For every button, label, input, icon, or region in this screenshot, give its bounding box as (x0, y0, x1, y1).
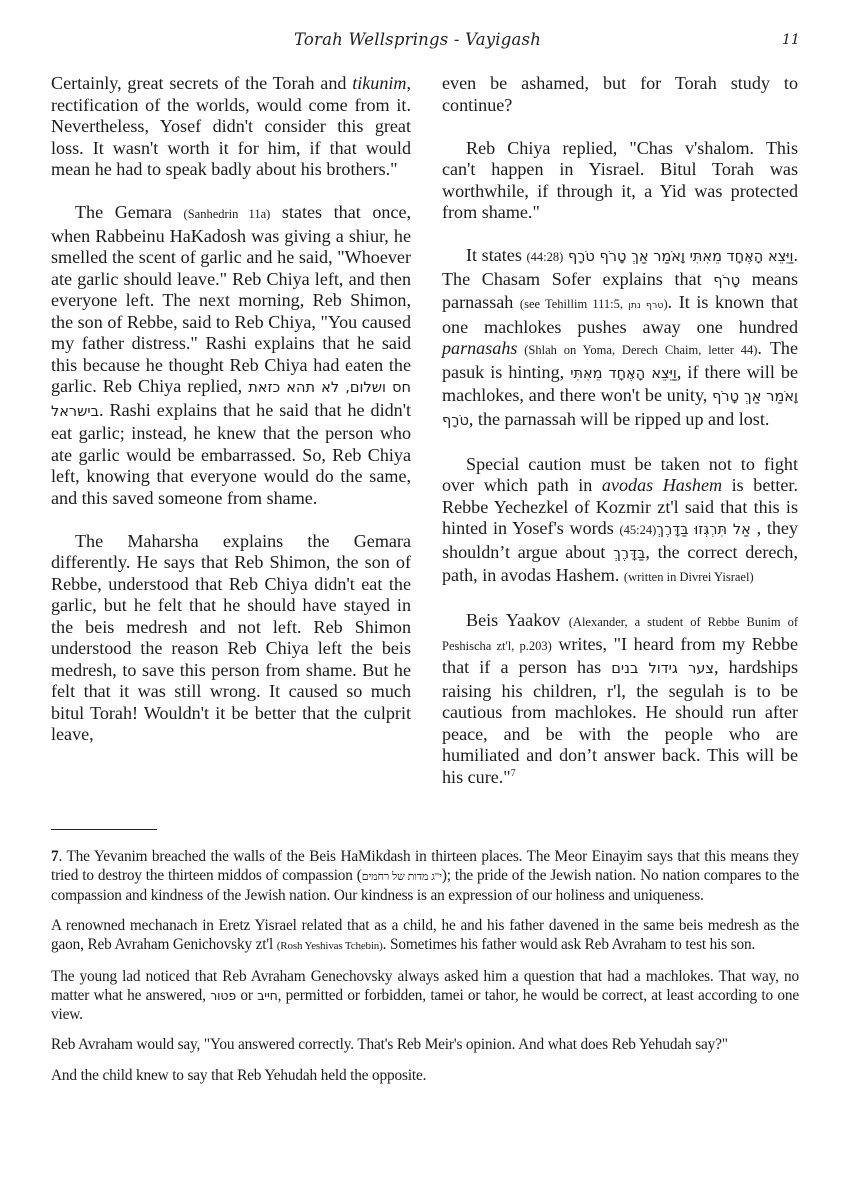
footnote-number: 7 (51, 848, 59, 865)
text: Reb Chiya replied, "Chas v'shalom. This … (442, 138, 798, 223)
left-column: Certainly, great secrets of the Torah an… (51, 73, 411, 767)
footnote-7: 7. The Yevanim breached the walls of the… (51, 848, 799, 905)
hebrew-quote: וַיֵּצֵא הָאֶחָד מֵאִתִּי וָאֹמַר אַךְ ט… (568, 249, 794, 265)
page-header: Torah Wellsprings - Vayigash 11 (0, 30, 849, 56)
italic-term: parnasahs (442, 338, 517, 358)
hebrew-quote: אַל תִּרְגְּזוּ בַּדָּרֶךְ (656, 522, 756, 538)
paragraph: Beis Yaakov (Alexander, a student of Reb… (442, 610, 798, 788)
citation: (Sanhedrin 11a) (184, 207, 271, 221)
hebrew-phrase: י"ג מדות של רחמים (362, 871, 442, 883)
footnote-paragraph: The young lad noticed that Reb Avraham G… (51, 968, 799, 1024)
hebrew-phrase: צער גידול בנים (611, 661, 714, 677)
italic-term: tikunim (352, 73, 406, 93)
paragraph: The Maharsha explains the Gemara differe… (51, 531, 411, 746)
italic-term: avodas Hashem (602, 475, 722, 495)
citation-text: (see Tehillim 111:5, (520, 297, 628, 311)
page-number: 11 (782, 32, 800, 48)
text: The Maharsha explains the Gemara differe… (51, 531, 411, 745)
hebrew-quote: וַיֵּצֵא הָאֶחָד מֵאִתִּי (570, 366, 677, 382)
paragraph: Reb Chiya replied, "Chas v'shalom. This … (442, 138, 798, 224)
hebrew-word: חייב (257, 988, 277, 1003)
text: Reb Avraham would say, "You answered cor… (51, 1036, 728, 1053)
paragraph: Certainly, great secrets of the Torah an… (51, 73, 411, 181)
text: And the child knew to say that Reb Yehud… (51, 1067, 426, 1084)
citation: (44:28) (527, 250, 564, 264)
paragraph: The Gemara (Sanhedrin 11a) states that o… (51, 202, 411, 509)
text: states that once, when Rabbeinu HaKadosh… (51, 202, 411, 396)
paragraph: even be ashamed, but for Torah study to … (442, 73, 798, 116)
hebrew-word: טָרֹף (713, 273, 740, 289)
text: The Gemara (75, 202, 184, 222)
paragraph: Special caution must be taken not to fig… (442, 454, 798, 589)
hebrew-word: פטור (210, 988, 236, 1003)
citation: (see Tehillim 111:5, טרף נתן) (520, 297, 668, 311)
text: Certainly, great secrets of the Torah an… (51, 73, 352, 93)
hebrew-word: טרף נתן (628, 300, 663, 311)
footnotes: 7. The Yevanim breached the walls of the… (51, 848, 799, 1098)
citation: (Shlah on Yoma, Derech Chaim, letter 44) (517, 343, 757, 357)
hebrew-word: בַּדָּרֶךְ (613, 546, 645, 562)
text: , the parnassah will be ripped up and lo… (469, 409, 770, 429)
footnote-paragraph: And the child knew to say that Reb Yehud… (51, 1067, 799, 1086)
text: even be ashamed, but for Torah study to … (442, 73, 798, 115)
right-column: even be ashamed, but for Torah study to … (442, 73, 798, 810)
footnote-separator (51, 829, 157, 830)
citation: (Rosh Yeshivas Tchebin) (277, 940, 383, 952)
text: . Rashi explains that he said that he di… (51, 400, 411, 508)
text: or (236, 987, 257, 1004)
running-title: Torah Wellsprings - Vayigash (294, 30, 541, 49)
text: It states (466, 245, 527, 265)
footnote-reference[interactable]: 7 (511, 767, 516, 778)
citation: (45:24) (619, 523, 656, 537)
citation: (written in Divrei Yisrael) (624, 570, 754, 584)
text: . Sometimes his father would ask Reb Avr… (383, 936, 756, 953)
footnote-paragraph: A renowned mechanach in Eretz Yisrael re… (51, 917, 799, 956)
text: Beis Yaakov (466, 610, 569, 630)
footnote-paragraph: Reb Avraham would say, "You answered cor… (51, 1036, 799, 1055)
paragraph: It states (44:28) וַיֵּצֵא הָאֶחָד מֵאִת… (442, 245, 798, 432)
